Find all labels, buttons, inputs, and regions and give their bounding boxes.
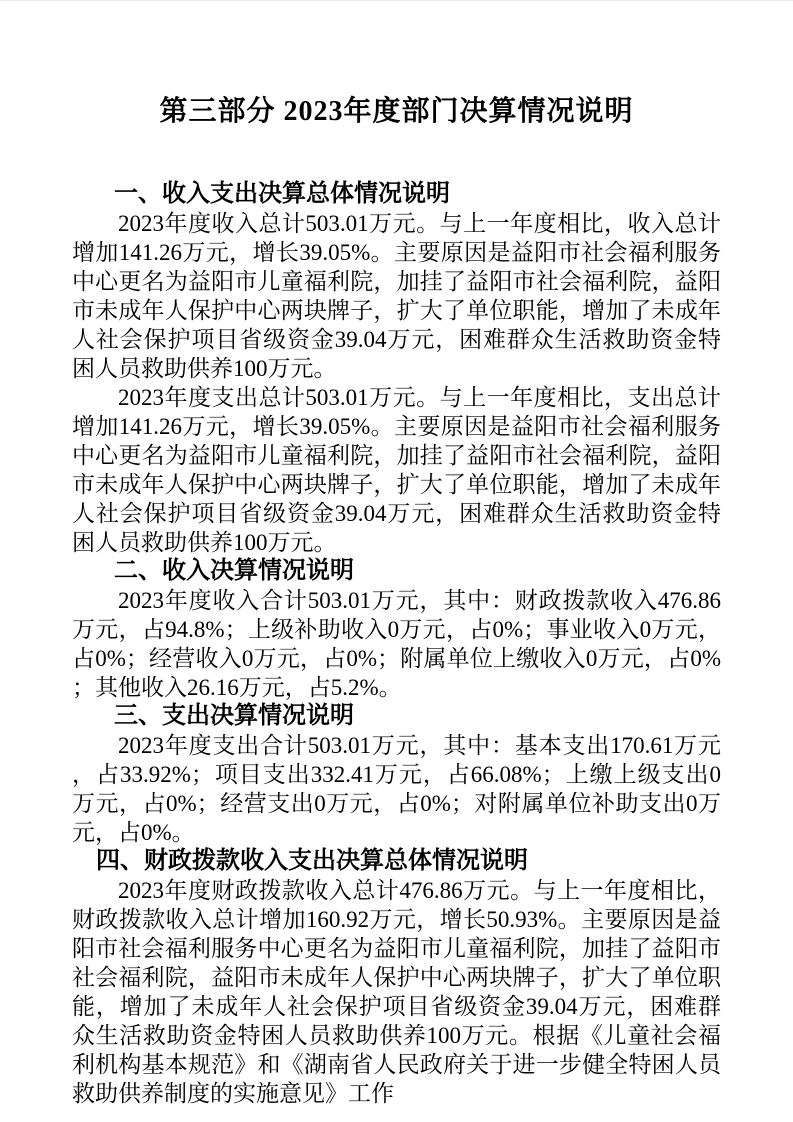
section-income-final-accounts: 二、收入决算情况说明 2023年度收入合计503.01万元，其中：财政拨款收入4… xyxy=(72,557,721,702)
document-page: 第三部分 2023年度部门决算情况说明 一、收入支出决算总体情况说明 2023年… xyxy=(0,0,793,1122)
section-4-paragraph: 2023年度财政拨款收入总计476.86万元。与上一年度相比，财政拨款收入总计增… xyxy=(72,876,721,1108)
document-title: 第三部分 2023年度部门决算情况说明 xyxy=(72,94,721,129)
section-income-expenditure-overview: 一、收入支出决算总体情况说明 2023年度收入总计503.01万元。与上一年度相… xyxy=(72,180,721,557)
section-4-heading: 四、财政拨款收入支出决算总体情况说明 xyxy=(72,847,721,876)
section-2-paragraph: 2023年度收入合计503.01万元，其中：财政拨款收入476.86万元，占94… xyxy=(72,586,721,702)
section-expenditure-final-accounts: 三、支出决算情况说明 2023年度支出合计503.01万元，其中：基本支出170… xyxy=(72,702,721,847)
section-1-paragraph-expenditure: 2023年度支出总计503.01万元。与上一年度相比，支出总计增加141.26万… xyxy=(72,383,721,557)
section-3-paragraph: 2023年度支出合计503.01万元，其中：基本支出170.61万元，占33.9… xyxy=(72,731,721,847)
section-fiscal-appropriation-overview: 四、财政拨款收入支出决算总体情况说明 2023年度财政拨款收入总计476.86万… xyxy=(72,847,721,1108)
section-3-heading: 三、支出决算情况说明 xyxy=(72,702,721,731)
section-1-paragraph-income: 2023年度收入总计503.01万元。与上一年度相比，收入总计增加141.26万… xyxy=(72,209,721,383)
section-1-heading: 一、收入支出决算总体情况说明 xyxy=(72,180,721,209)
section-2-heading: 二、收入决算情况说明 xyxy=(72,557,721,586)
